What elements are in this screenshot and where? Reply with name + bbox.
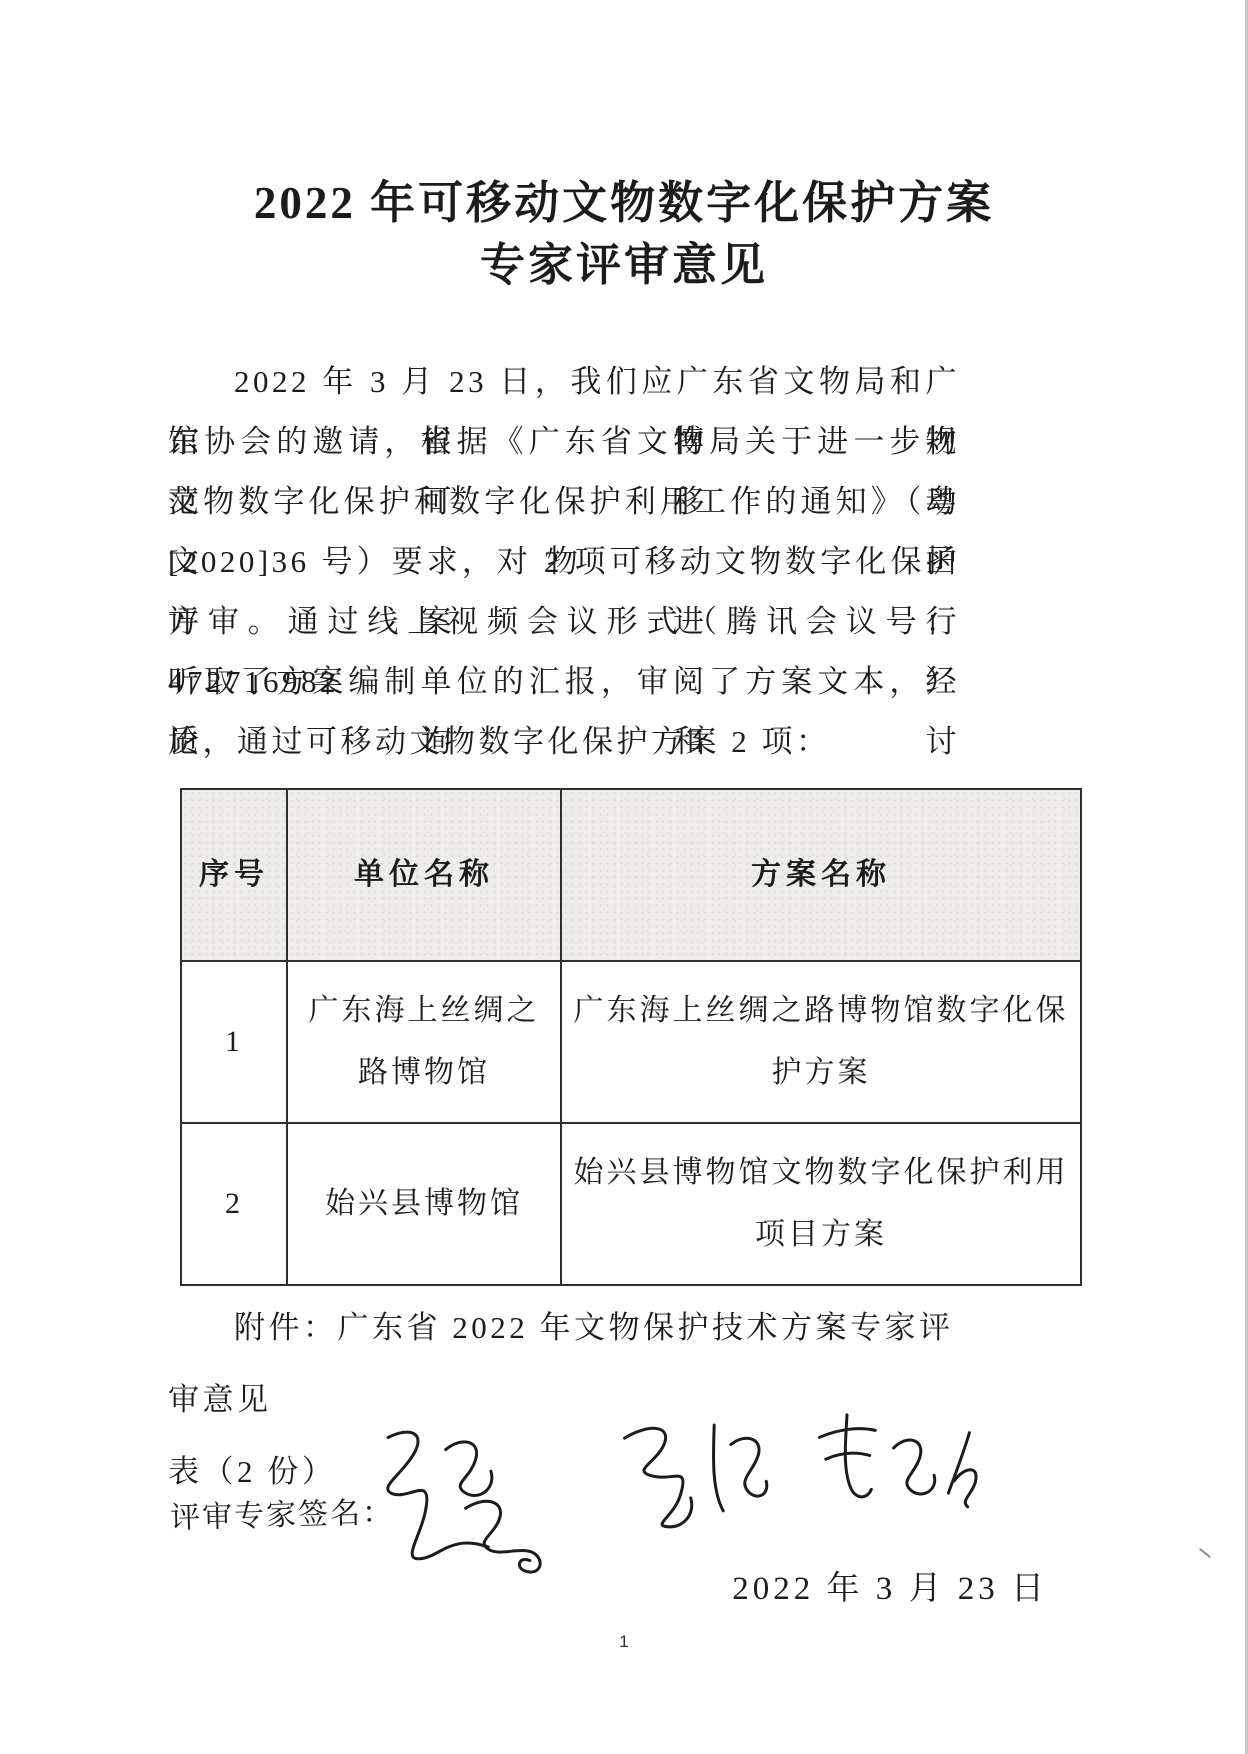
row-2-plan: 始兴县博物馆文物数字化保护利用项目方案: [561, 1123, 1081, 1285]
document-title: 2022 年可移动文物数字化保护方案 专家评审意见: [0, 172, 1248, 296]
body-paragraph: 2022 年 3 月 23 日，我们应广东省文物局和广东省博物 馆协会的邀请，根…: [168, 352, 960, 772]
body-line-5: 评审。通过线上视频会议形式（腾讯会议号：472716982）: [168, 592, 960, 652]
document-title-line2: 专家评审意见: [0, 234, 1248, 296]
body-line-2: 馆协会的邀请，根据《广东省文物局关于进一步规范可移动: [168, 412, 960, 472]
row-1-unit: 广东海上丝绸之路博物馆: [287, 961, 561, 1123]
handwritten-signature-2: [595, 1399, 780, 1555]
row-1-no: 1: [181, 961, 287, 1123]
review-table: 序号 单位名称 方案名称 1 广东海上丝绸之路博物馆 广东海上丝绸之路博物馆数字…: [180, 788, 1082, 1286]
handwritten-signature-1: [345, 1408, 571, 1586]
row-1-plan: 广东海上丝绸之路博物馆数字化保护方案: [561, 961, 1081, 1123]
scanned-document-page: 2022 年可移动文物数字化保护方案 专家评审意见 2022 年 3 月 23 …: [0, 0, 1248, 1754]
page-number: 1: [0, 1632, 1248, 1652]
row-2-unit: 始兴县博物馆: [287, 1123, 561, 1285]
document-title-line1: 2022 年可移动文物数字化保护方案: [0, 172, 1248, 234]
table-header-no: 序号: [181, 789, 287, 961]
row-2-no: 2: [181, 1123, 287, 1285]
table-header-row: 序号 单位名称 方案名称: [181, 789, 1081, 961]
body-line-4: [2020]36 号）要求，对 2 项可移动文物数字化保护方案进行: [168, 532, 960, 592]
table-header-plan: 方案名称: [561, 789, 1081, 961]
handwritten-signature-3: [795, 1394, 998, 1547]
body-line-3: 文物数字化保护和数字化保护利用工作的通知》（粤文物函: [168, 472, 960, 532]
table-header-unit: 单位名称: [287, 789, 561, 961]
table-row: 1 广东海上丝绸之路博物馆 广东海上丝绸之路博物馆数字化保护方案: [181, 961, 1081, 1123]
document-date: 2022 年 3 月 23 日: [732, 1562, 1048, 1609]
body-line-1: 2022 年 3 月 23 日，我们应广东省文物局和广东省博物: [168, 352, 960, 412]
ink-tick-mark: [1199, 1548, 1211, 1558]
body-line-6: 听取了方案编制单位的汇报，审阅了方案文本，经质询和讨: [168, 652, 960, 712]
table-row: 2 始兴县博物馆 始兴县博物馆文物数字化保护利用项目方案: [181, 1123, 1081, 1285]
